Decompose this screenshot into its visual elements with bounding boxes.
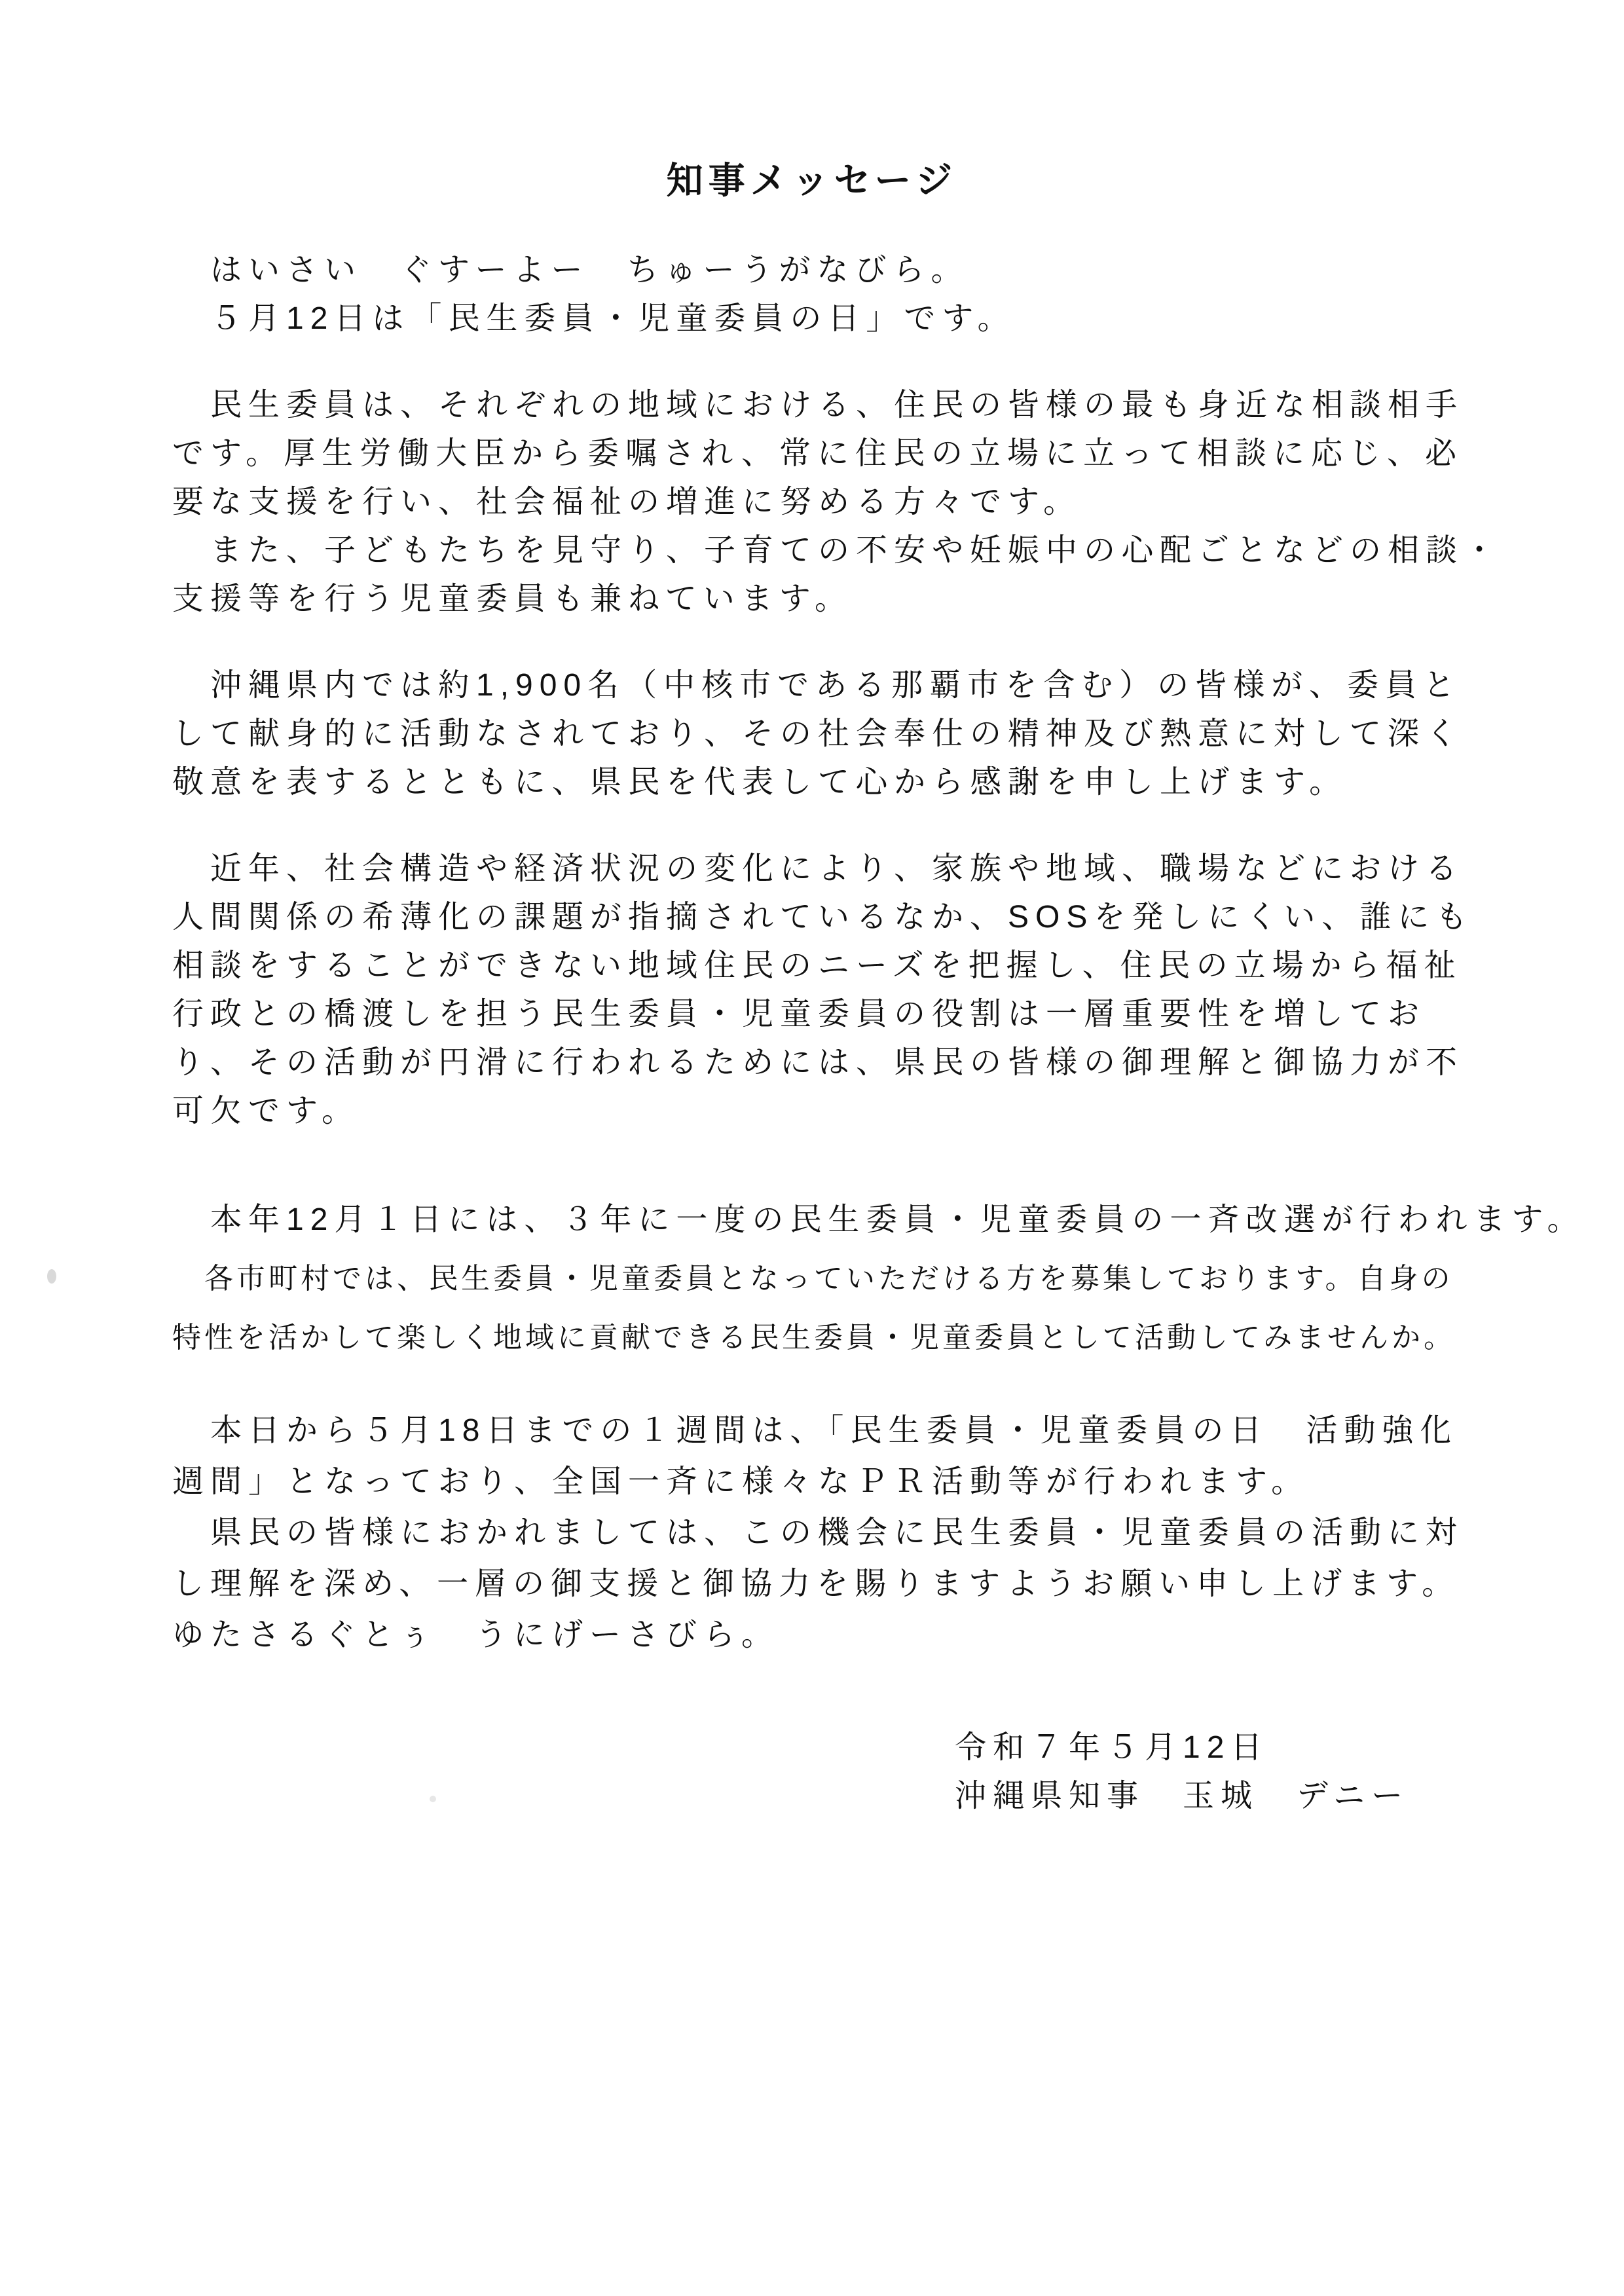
text-line: 支援等を行う児童委員も兼ねています。	[172, 575, 1493, 623]
paragraph-role-of-minsei-iin: 民生委員は、それぞれの地域における、住民の皆様の最も身近な相談相手 です。厚生労…	[172, 381, 1493, 623]
paragraph-gratitude: 沖縄県内では約1,900名（中核市である那覇市を含む）の皆様が、委員と して献身…	[172, 661, 1493, 807]
text-line: 各市町村では、民生委員・児童委員となっていただける方を募集しております。自身の	[172, 1250, 1493, 1308]
signature-block: 令和７年５月12日 沖縄県知事 玉城 デニー	[955, 1724, 1624, 1821]
text-line: 民生委員は、それぞれの地域における、住民の皆様の最も身近な相談相手	[172, 381, 1493, 430]
text-line: 可欠です。	[172, 1087, 1493, 1136]
text-line: 行政との橋渡しを担う民生委員・児童委員の役割は一層重要性を増してお	[172, 990, 1493, 1039]
paragraph-recruitment: 本年12月１日には、３年に一度の民生委員・児童委員の一斉改選が行われます。 各市…	[172, 1191, 1493, 1367]
text-line: 県民の皆様におかれましては、この機会に民生委員・児童委員の活動に対	[172, 1508, 1493, 1559]
scan-speckle	[217, 1432, 223, 1437]
text-line: 要な支援を行い、社会福祉の増進に努める方々です。	[172, 478, 1493, 527]
paragraph-greeting: はいさい ぐすーよー ちゅーうがなびら。 ５月12日は「民生委員・児童委員の日」…	[172, 246, 1493, 343]
text-line: 特性を活かして楽しく地域に貢献できる民生委員・児童委員として活動してみませんか。	[172, 1308, 1493, 1367]
scan-speckle	[47, 1269, 56, 1284]
text-line: り、その活動が円滑に行われるためには、県民の皆様の御理解と御協力が不	[172, 1039, 1493, 1087]
page-title: 知事メッセージ	[0, 0, 1624, 202]
signature-date: 令和７年５月12日	[955, 1724, 1624, 1772]
text-line: し理解を深め、一層の御支援と御協力を賜りますようお願い申し上げます。	[172, 1559, 1493, 1610]
text-line: 本日から５月18日までの１週間は、「民生委員・児童委員の日 活動強化	[172, 1405, 1493, 1456]
text-line: また、子どもたちを見守り、子育ての不安や妊娠中の心配ごとなどの相談・	[172, 527, 1493, 575]
text-line: ゆたさるぐとぅ うにげーさびら。	[172, 1610, 1493, 1661]
text-line: 敬意を表するとともに、県民を代表して心から感謝を申し上げます。	[172, 758, 1493, 807]
scanned-document-page: 知事メッセージ はいさい ぐすーよー ちゅーうがなびら。 ５月12日は「民生委員…	[0, 0, 1624, 2296]
text-line: して献身的に活動なされており、その社会奉仕の精神及び熱意に対して深く	[172, 710, 1493, 758]
document-body: はいさい ぐすーよー ちゅーうがなびら。 ５月12日は「民生委員・児童委員の日」…	[172, 246, 1493, 1661]
text-line: 本年12月１日には、３年に一度の民生委員・児童委員の一斉改選が行われます。	[172, 1191, 1493, 1250]
scan-speckle	[430, 1796, 436, 1802]
text-line: 週間」となっており、全国一斉に様々なＰＲ活動等が行われます。	[172, 1456, 1493, 1508]
paragraph-social-context: 近年、社会構造や経済状況の変化により、家族や地域、職場などにおける 人間関係の希…	[172, 845, 1493, 1136]
text-line: 近年、社会構造や経済状況の変化により、家族や地域、職場などにおける	[172, 845, 1493, 893]
text-line: ５月12日は「民生委員・児童委員の日」です。	[172, 295, 1493, 343]
text-line: 相談をすることができない地域住民のニーズを把握し、住民の立場から福祉	[172, 942, 1493, 990]
text-line: はいさい ぐすーよー ちゅーうがなびら。	[172, 246, 1493, 295]
text-line: です。厚生労働大臣から委嘱され、常に住民の立場に立って相談に応じ、必	[172, 430, 1493, 478]
text-line: 沖縄県内では約1,900名（中核市である那覇市を含む）の皆様が、委員と	[172, 661, 1493, 710]
paragraph-pr-week-closing: 本日から５月18日までの１週間は、「民生委員・児童委員の日 活動強化 週間」とな…	[172, 1405, 1493, 1661]
signature-name: 沖縄県知事 玉城 デニー	[955, 1772, 1624, 1821]
text-line: 人間関係の希薄化の課題が指摘されているなか、SOSを発しにくい、誰にも	[172, 893, 1493, 942]
